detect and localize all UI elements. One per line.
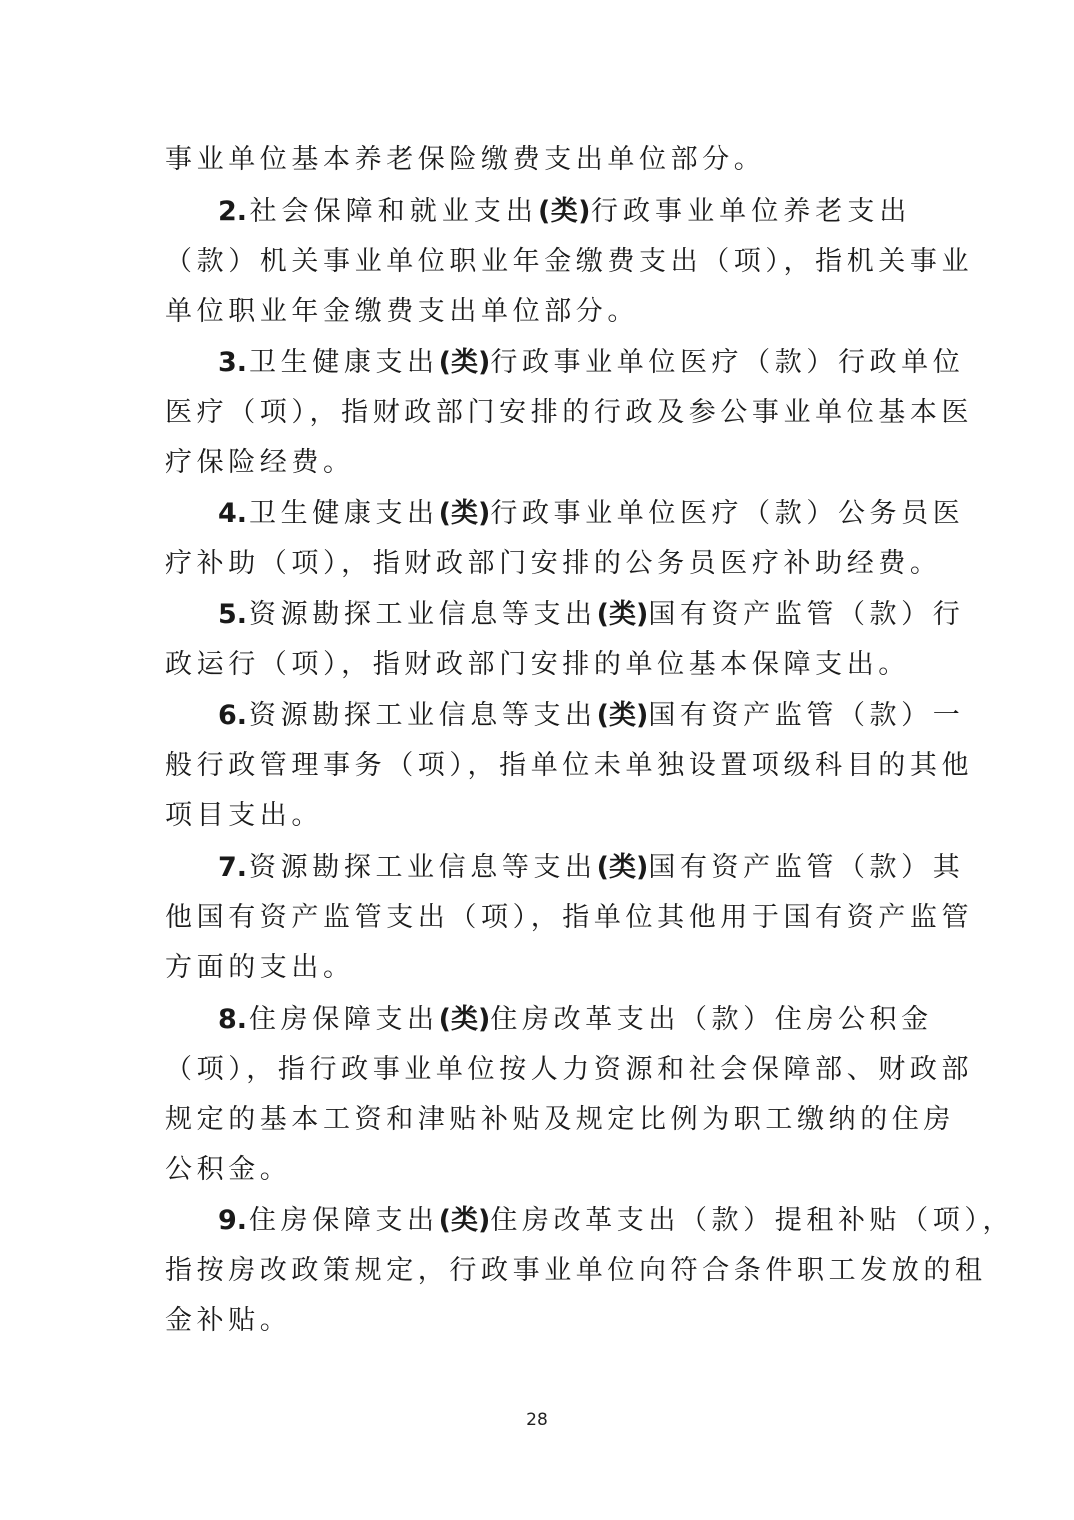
category-label: (类) bbox=[439, 347, 491, 378]
item-text: 行政事业单位医疗（款）行政单位 bbox=[490, 347, 964, 378]
item-text: 国有资产监管（款）行 bbox=[648, 599, 964, 630]
item-number: 8. bbox=[218, 1004, 247, 1035]
category-text: 资源勘探工业信息等支出 bbox=[249, 852, 597, 883]
category-text: 社会保障和就业支出 bbox=[249, 196, 538, 227]
paragraph-line: 项目支出。 bbox=[165, 796, 911, 836]
category-label: (类) bbox=[538, 196, 591, 227]
item-text: 国有资产监管（款）一 bbox=[648, 700, 964, 731]
item-number: 5. bbox=[218, 599, 247, 630]
paragraph-line: 般行政管理事务（项），指单位未单独设置项级科目的其他 bbox=[165, 746, 911, 786]
category-label: (类) bbox=[439, 1205, 491, 1236]
paragraph-line: （项），指行政事业单位按人力资源和社会保障部、财政部 bbox=[165, 1050, 911, 1090]
paragraph-line: 单位职业年金缴费支出单位部分。 bbox=[165, 292, 911, 332]
paragraph-line: 他国有资产监管支出（项），指单位其他用于国有资产监管 bbox=[165, 898, 911, 938]
item-text: 住房改革支出（款）住房公积金 bbox=[490, 1004, 932, 1035]
paragraph-line: 公积金。 bbox=[165, 1150, 911, 1190]
paragraph-line: 疗补助（项），指财政部门安排的公务员医疗补助经费。 bbox=[165, 544, 911, 584]
item-text: 行政事业单位养老支出 bbox=[591, 196, 911, 227]
paragraph-line: 方面的支出。 bbox=[165, 948, 911, 988]
category-text: 卫生健康支出 bbox=[249, 347, 439, 378]
item-text: 住房改革支出（款）提租补贴（项）， bbox=[490, 1205, 1014, 1236]
paragraph-line: 疗保险经费。 bbox=[165, 443, 911, 483]
page-number: 28 bbox=[0, 1408, 1074, 1432]
category-label: (类) bbox=[439, 498, 491, 529]
paragraph-line: 医疗（项），指财政部门安排的行政及参公事业单位基本医 bbox=[165, 393, 911, 433]
item-number: 3. bbox=[218, 347, 247, 378]
category-text: 资源勘探工业信息等支出 bbox=[249, 599, 597, 630]
paragraph-first-line: 7.资源勘探工业信息等支出(类)国有资产监管（款）其 bbox=[218, 848, 911, 888]
item-number: 6. bbox=[218, 700, 247, 731]
paragraph-line: 事业单位基本养老保险缴费支出单位部分。 bbox=[165, 140, 911, 180]
category-label: (类) bbox=[597, 599, 649, 630]
item-text: 国有资产监管（款）其 bbox=[648, 852, 964, 883]
category-label: (类) bbox=[439, 1004, 491, 1035]
category-label: (类) bbox=[597, 852, 649, 883]
paragraph-first-line: 9.住房保障支出(类)住房改革支出（款）提租补贴（项）， bbox=[218, 1201, 911, 1241]
item-number: 4. bbox=[218, 498, 247, 529]
paragraph-line: （款）机关事业单位职业年金缴费支出（项），指机关事业 bbox=[165, 242, 911, 282]
item-text: 行政事业单位医疗（款）公务员医 bbox=[490, 498, 964, 529]
paragraph-line: 政运行（项），指财政部门安排的单位基本保障支出。 bbox=[165, 645, 911, 685]
paragraph-line: 金补贴。 bbox=[165, 1301, 911, 1341]
paragraph-first-line: 4.卫生健康支出(类)行政事业单位医疗（款）公务员医 bbox=[218, 494, 911, 534]
paragraph-line: 规定的基本工资和津贴补贴及规定比例为职工缴纳的住房 bbox=[165, 1100, 911, 1140]
item-number: 7. bbox=[218, 852, 247, 883]
document-page: 事业单位基本养老保险缴费支出单位部分。2.社会保障和就业支出(类)行政事业单位养… bbox=[0, 0, 1074, 1520]
category-text: 资源勘探工业信息等支出 bbox=[249, 700, 597, 731]
category-label: (类) bbox=[597, 700, 649, 731]
category-text: 住房保障支出 bbox=[249, 1004, 439, 1035]
category-text: 住房保障支出 bbox=[249, 1205, 439, 1236]
paragraph-first-line: 3.卫生健康支出(类)行政事业单位医疗（款）行政单位 bbox=[218, 343, 911, 383]
paragraph-first-line: 8.住房保障支出(类)住房改革支出（款）住房公积金 bbox=[218, 1000, 911, 1040]
paragraph-first-line: 2.社会保障和就业支出(类)行政事业单位养老支出 bbox=[218, 192, 911, 232]
paragraph-first-line: 6.资源勘探工业信息等支出(类)国有资产监管（款）一 bbox=[218, 696, 911, 736]
category-text: 卫生健康支出 bbox=[249, 498, 439, 529]
item-number: 2. bbox=[218, 196, 247, 227]
paragraph-first-line: 5.资源勘探工业信息等支出(类)国有资产监管（款）行 bbox=[218, 595, 911, 635]
item-number: 9. bbox=[218, 1205, 247, 1236]
paragraph-line: 指按房改政策规定，行政事业单位向符合条件职工发放的租 bbox=[165, 1251, 911, 1291]
